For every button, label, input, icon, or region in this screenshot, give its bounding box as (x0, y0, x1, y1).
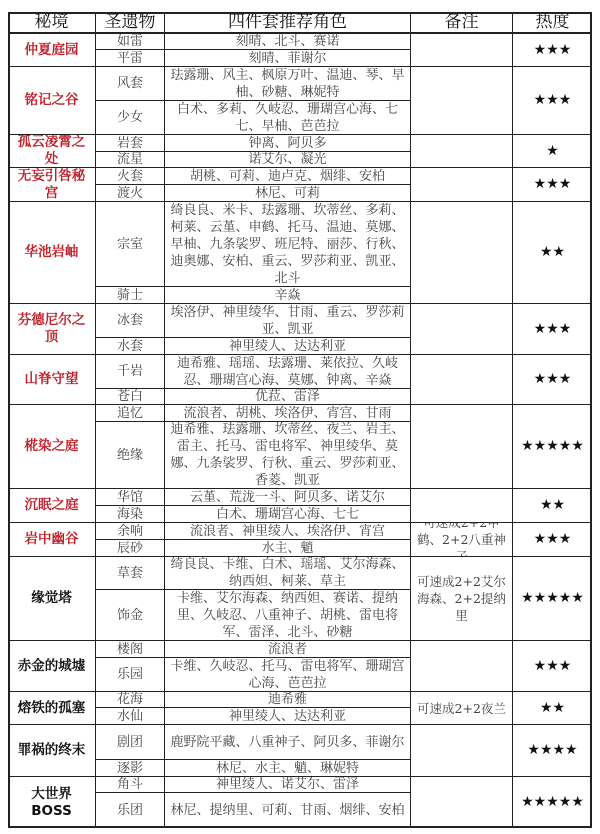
heat-rating-stars: ★★★ (513, 641, 592, 692)
domain-name: 仲夏庭园 (8, 34, 96, 67)
recommended-characters: 辛焱 (165, 287, 411, 304)
artifact-set-name: 平雷 (96, 50, 165, 67)
heat-rating-stars: ★★★★★ (513, 557, 592, 641)
recommended-characters: 埃洛伊、神里绫华、甘雨、重云、罗莎莉亚、凯亚 (165, 304, 411, 338)
recommended-characters: 迪希雅 (165, 692, 411, 708)
domain-note: 可速成2+2夜兰 (411, 692, 513, 725)
artifact-set-name: 千岩 (96, 355, 165, 389)
recommended-characters: 珐露珊、风主、枫原万叶、温迪、琴、早柚、砂糖、琳妮特 (165, 67, 411, 101)
domain-name: 熔铁的孤塞 (8, 692, 96, 725)
recommended-characters: 刻晴、菲谢尔 (165, 50, 411, 67)
artifact-set-name: 宗室 (96, 202, 165, 287)
domain-note: 可速成2+2申鹤、2+2八重神子 (411, 523, 513, 557)
domain-name: 缘觉塔 (8, 557, 96, 641)
heat-rating-stars: ★★★ (513, 168, 592, 202)
artifact-set-name: 角斗 (96, 777, 165, 793)
domain-name: 椛染之庭 (8, 405, 96, 489)
recommended-characters: 流浪者 (165, 641, 411, 658)
artifact-set-name: 剧团 (96, 725, 165, 760)
domain-name: 罪祸的终末 (8, 725, 96, 777)
recommended-characters: 林尼、水主、魈、琳妮特 (165, 760, 411, 777)
artifact-set-name: 草套 (96, 557, 165, 590)
artifact-set-name: 逐影 (96, 760, 165, 777)
domain-note (411, 135, 513, 168)
artifact-set-name: 余响 (96, 523, 165, 540)
domain-name: 无妄引咎秘宫 (8, 168, 96, 202)
artifact-set-name: 苍白 (96, 389, 165, 405)
recommended-characters: 神里绫人、达达利亚 (165, 708, 411, 725)
recommended-characters: 流浪者、神里绫人、埃洛伊、宵宫 (165, 523, 411, 540)
artifact-set-name: 冰套 (96, 304, 165, 338)
artifact-set-name: 饰金 (96, 590, 165, 641)
artifact-set-name: 乐团 (96, 793, 165, 828)
domain-note (411, 202, 513, 304)
domain-name: 沉眠之庭 (8, 489, 96, 523)
recommended-characters: 白术、珊瑚宫心海、七七 (165, 506, 411, 523)
domain-name: 铭记之谷 (8, 67, 96, 135)
heat-rating-stars: ★★★ (513, 355, 592, 405)
recommended-characters: 神里绫人、诺艾尔、雷泽 (165, 777, 411, 793)
domain-name: 孤云凌霄之处 (8, 135, 96, 168)
artifact-set-name: 风套 (96, 67, 165, 101)
artifact-set-name: 火套 (96, 168, 165, 185)
recommended-characters: 水主、魈 (165, 540, 411, 557)
domain-note (411, 34, 513, 67)
recommended-characters: 迪希雅、瑶瑶、珐露珊、莱依拉、久岐忍、珊瑚宫心海、莫娜、钟离、辛焱 (165, 355, 411, 389)
domain-note (411, 725, 513, 777)
header-note: 备注 (411, 12, 513, 34)
heat-rating-stars: ★★★★ (513, 725, 592, 777)
recommended-characters: 刻晴、北斗、赛诺 (165, 34, 411, 50)
artifact-set-name: 少女 (96, 101, 165, 135)
domain-name: 芬德尼尔之顶 (8, 304, 96, 355)
artifact-set-name: 华馆 (96, 489, 165, 506)
heat-rating-stars: ★★ (513, 202, 592, 304)
artifact-set-name: 水套 (96, 338, 165, 355)
artifact-set-name: 骑士 (96, 287, 165, 304)
artifact-set-name: 乐园 (96, 658, 165, 692)
recommended-characters: 神里绫人、达达利亚 (165, 338, 411, 355)
artifact-set-name: 追忆 (96, 405, 165, 422)
header-artifact: 圣遗物 (96, 12, 165, 34)
heat-rating-stars: ★★★ (513, 34, 592, 67)
domain-note (411, 355, 513, 405)
domain-note (411, 641, 513, 692)
recommended-characters: 迪希雅、珐露珊、坎蒂丝、夜兰、岩主、雷主、托马、雷电将军、神里绫华、莫娜、九条裟… (165, 422, 411, 489)
domain-note (411, 304, 513, 355)
heat-rating-stars: ★★★★★ (513, 405, 592, 489)
artifact-set-name: 绝缘 (96, 422, 165, 489)
domain-note (411, 168, 513, 202)
recommended-characters: 卡维、艾尔海森、纳西妲、赛诺、提纳里、久岐忍、八重神子、胡桃、雷电将军、雷泽、北… (165, 590, 411, 641)
recommended-characters: 林尼、提纳里、可莉、甘雨、烟绯、安柏 (165, 793, 411, 828)
heat-rating-stars: ★★★ (513, 523, 592, 557)
recommended-characters: 钟离、阿贝多 (165, 135, 411, 152)
domain-name: 岩中幽谷 (8, 523, 96, 557)
recommended-characters: 林尼、可莉 (165, 185, 411, 202)
domain-name: 赤金的城墟 (8, 641, 96, 692)
recommended-characters: 白术、多莉、久岐忍、珊瑚宫心海、七七、早柚、芭芭拉 (165, 101, 411, 135)
artifact-domain-table: 秘境 圣遗物 四件套推荐角色 备注 热度 仲夏庭园如雷刻晴、北斗、赛诺平雷刻晴、… (8, 12, 592, 828)
domain-note (411, 777, 513, 828)
domain-note (411, 489, 513, 523)
header-domain: 秘境 (8, 12, 96, 34)
recommended-characters: 云堇、荒泷一斗、阿贝多、诺艾尔 (165, 489, 411, 506)
recommended-characters: 绮良良、卡维、白术、瑶瑶、艾尔海森、纳西妲、柯莱、草主 (165, 557, 411, 590)
heat-rating-stars: ★ (513, 135, 592, 168)
recommended-characters: 鹿野院平藏、八重神子、阿贝多、菲谢尔 (165, 725, 411, 760)
domain-note (411, 67, 513, 135)
recommended-characters: 优菈、雷泽 (165, 389, 411, 405)
recommended-characters: 胡桃、可莉、迪卢克、烟绯、安柏 (165, 168, 411, 185)
artifact-set-name: 楼阁 (96, 641, 165, 658)
domain-note: 可速成2+2艾尔海森、2+2提纳里 (411, 557, 513, 641)
artifact-set-name: 岩套 (96, 135, 165, 152)
artifact-set-name: 流星 (96, 152, 165, 168)
recommended-characters: 卡维、久岐忍、托马、雷电将军、珊瑚宫心海、芭芭拉 (165, 658, 411, 692)
domain-name: 华池岩岫 (8, 202, 96, 304)
domain-name: 山脊守望 (8, 355, 96, 405)
recommended-characters: 诺艾尔、凝光 (165, 152, 411, 168)
heat-rating-stars: ★★★ (513, 67, 592, 135)
artifact-set-name: 海染 (96, 506, 165, 523)
artifact-set-name: 如雷 (96, 34, 165, 50)
artifact-set-name: 渡火 (96, 185, 165, 202)
recommended-characters: 流浪者、胡桃、埃洛伊、宵宫、甘雨 (165, 405, 411, 422)
domain-name: 大世界BOSS (8, 777, 96, 828)
artifact-set-name: 水仙 (96, 708, 165, 725)
heat-rating-stars: ★★★ (513, 304, 592, 355)
header-characters: 四件套推荐角色 (165, 12, 411, 34)
recommended-characters: 绮良良、米卡、珐露珊、坎蒂丝、多莉、柯莱、云堇、申鹤、托马、温迪、莫娜、早柚、九… (165, 202, 411, 287)
header-heat: 热度 (513, 12, 592, 34)
heat-rating-stars: ★★ (513, 692, 592, 725)
heat-rating-stars: ★★★★★ (513, 777, 592, 828)
domain-note (411, 405, 513, 489)
artifact-set-name: 花海 (96, 692, 165, 708)
heat-rating-stars: ★★ (513, 489, 592, 523)
artifact-set-name: 辰砂 (96, 540, 165, 557)
